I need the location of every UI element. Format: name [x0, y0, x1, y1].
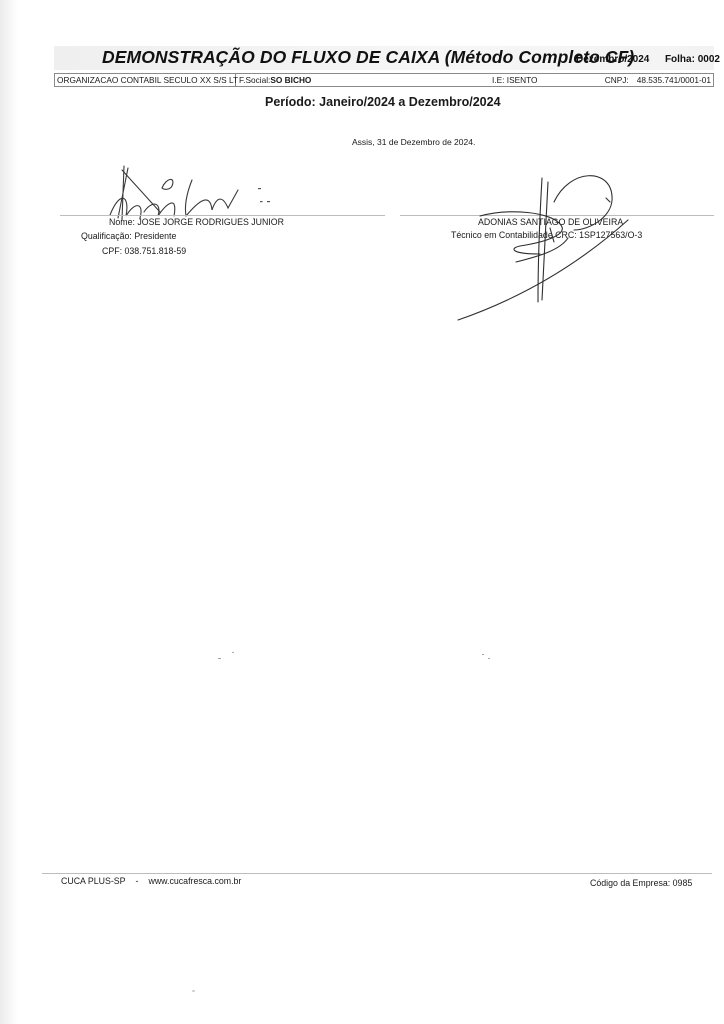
footer-separator: -: [136, 876, 139, 886]
company-code-value: 0985: [673, 878, 693, 888]
cnpj-label: CNPJ:: [605, 75, 629, 85]
report-period: Período: Janeiro/2024 a Dezembro/2024: [265, 95, 501, 109]
cpf-value: 038.751.818-59: [125, 246, 187, 256]
footer-company-code: Código da Empresa: 0985: [590, 878, 692, 888]
scan-speck: [488, 658, 490, 659]
right-signatory-credentials: Técnico em Contabilidade CRC: 1SP127563/…: [451, 230, 642, 240]
fantasy-name: F.Social:SO BICHO: [239, 74, 311, 86]
left-signature-line: [60, 215, 385, 216]
place-and-date: Assis, 31 de Dezembro de 2024.: [352, 137, 475, 147]
role-value: Presidente: [134, 231, 176, 241]
scan-speck: [192, 990, 195, 992]
state-registration: I.E: ISENTO: [492, 74, 538, 86]
cnpj: CNPJ:48.535.741/0001-01: [605, 74, 711, 86]
report-period-sheet: Dezembro/2024 Folha: 0002: [576, 54, 720, 65]
right-signature-icon: [450, 172, 680, 324]
report-month-year: Dezembro/2024: [576, 54, 649, 65]
scan-speck: [218, 658, 221, 659]
scan-shadow-edge: [0, 0, 18, 1024]
fantasy-name-value: SO BICHO: [270, 75, 311, 85]
fantasy-name-label: F.Social:: [239, 75, 270, 85]
software-name: CUCA PLUS-SP: [61, 876, 126, 886]
organization-name: ORGANIZACAO CONTABIL SECULO XX S/S LT: [57, 74, 236, 86]
crc-value: 1SP127563/O-3: [579, 230, 642, 240]
left-signatory-role: Qualificação: Presidente: [81, 231, 176, 241]
cpf-label: CPF:: [102, 246, 122, 256]
sheet-label: Folha:: [665, 54, 695, 65]
right-signature-line: [400, 215, 714, 216]
company-code-label: Código da Empresa:: [590, 878, 670, 888]
software-website: www.cucafresca.com.br: [148, 876, 241, 886]
footer-software-info: CUCA PLUS-SP-www.cucafresca.com.br: [61, 876, 241, 886]
ie-label: I.E:: [492, 75, 504, 85]
company-info-bar: ORGANIZACAO CONTABIL SECULO XX S/S LT F.…: [54, 73, 714, 87]
scan-speck: [482, 654, 484, 655]
report-title: DEMONSTRAÇÃO DO FLUXO DE CAIXA (Método C…: [102, 47, 634, 68]
left-signatory-cpf: CPF: 038.751.818-59: [102, 246, 186, 256]
sheet-number: 0002: [698, 54, 720, 65]
role-label: Qualificação:: [81, 231, 132, 241]
name-label: Nome:: [109, 217, 135, 227]
ie-value: ISENTO: [507, 75, 538, 85]
footer-divider: [42, 873, 712, 874]
name-value: JOSE JORGE RODRIGUES JUNIOR: [137, 217, 284, 227]
right-signatory-name: ADONIAS SANTIAGO DE OLIVEIRA: [478, 217, 623, 227]
scan-speck: [232, 652, 234, 653]
left-signatory-name: Nome: JOSE JORGE RODRIGUES JUNIOR: [109, 217, 284, 227]
right-role: Técnico em Contabilidade: [451, 230, 553, 240]
crc-label: CRC:: [555, 230, 577, 240]
cnpj-value: 48.535.741/0001-01: [637, 75, 711, 85]
